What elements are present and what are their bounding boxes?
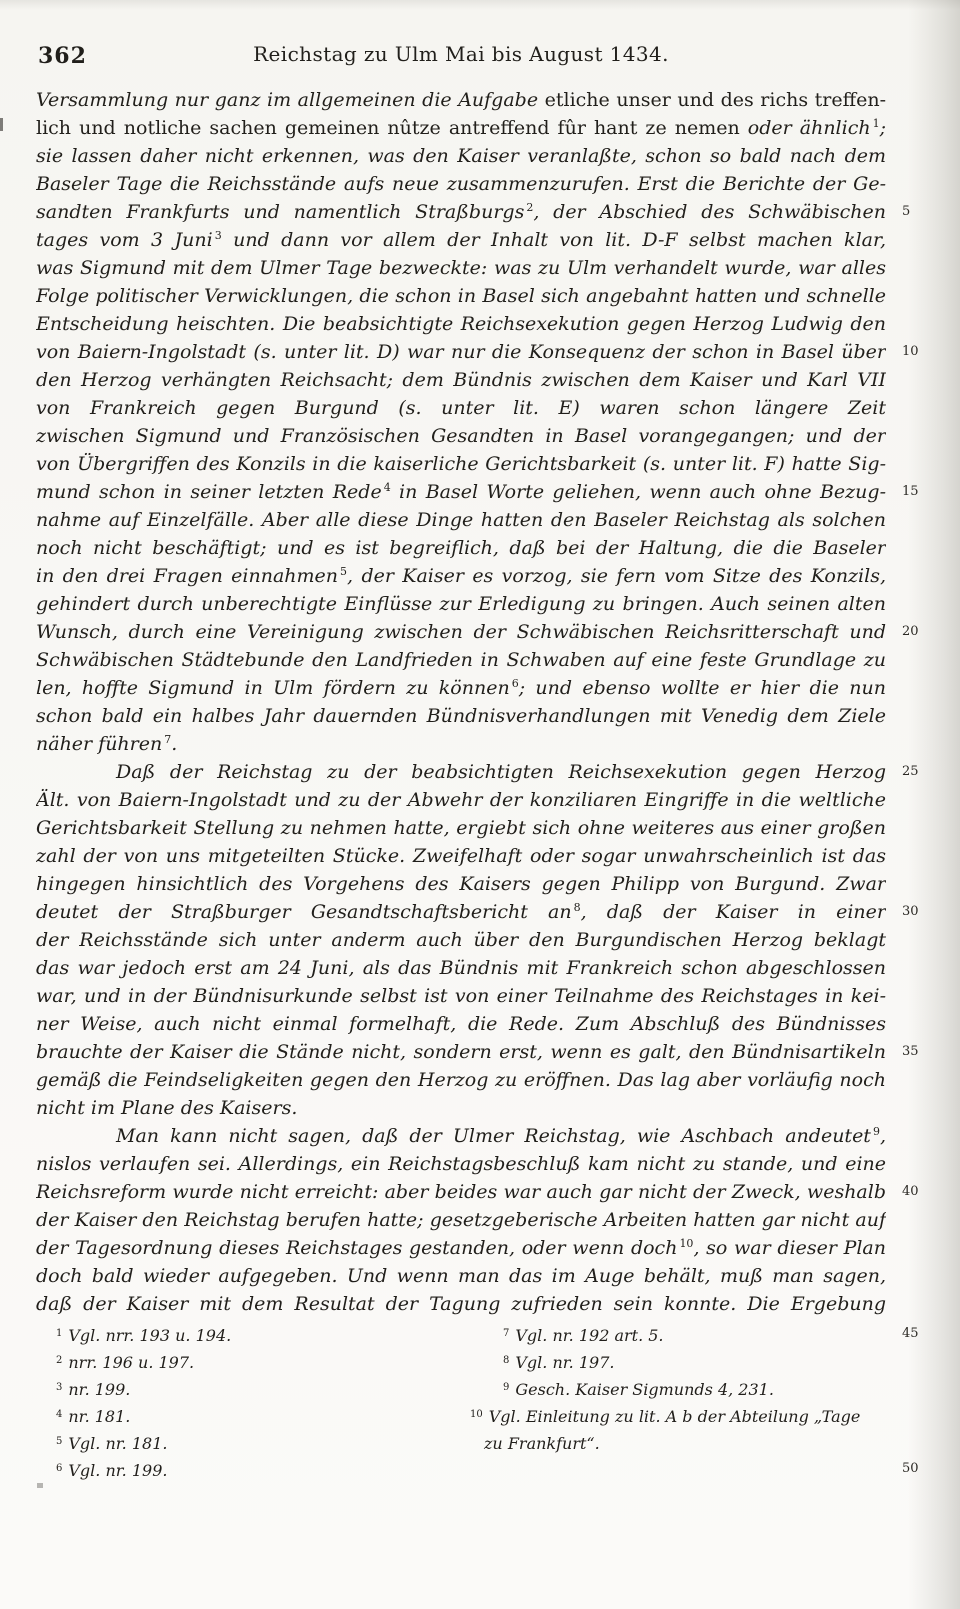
text-line: nislos verlaufen sei. Allerdings, ein Re… bbox=[36, 1150, 886, 1178]
margin-line-number: 45 bbox=[902, 1326, 919, 1341]
footnote-marker: 1 bbox=[873, 117, 880, 130]
footnote-number: 9 bbox=[503, 1382, 509, 1393]
page-header: 362 Reichstag zu Ulm Mai bis August 1434… bbox=[36, 42, 886, 72]
footnote-text: nrr. 196 u. 197. bbox=[68, 1353, 194, 1372]
margin-line-number: 40 bbox=[902, 1184, 919, 1199]
body-text-block: Versammlung nur ganz im allgemeinen die … bbox=[36, 86, 886, 1318]
footnote: 9Gesch. Kaiser Sigmunds 4, 231. bbox=[470, 1376, 902, 1403]
footnote-text: Vgl. Einleitung zu lit. A b der Abteilun… bbox=[489, 1407, 861, 1426]
text-line: Reichsreform wurde nicht erreicht: aber … bbox=[36, 1178, 886, 1206]
text-line: gemäß die Feindseligkeiten gegen den Her… bbox=[36, 1066, 886, 1094]
footnote-marker: 9 bbox=[873, 1125, 880, 1138]
margin-line-number: 35 bbox=[902, 1044, 919, 1059]
text-line: den Herzog verhängten Reichsacht; dem Bü… bbox=[36, 366, 886, 394]
text-line: der Reichsstände sich unter anderm auch … bbox=[36, 926, 886, 954]
footnote: 3nr. 199. bbox=[56, 1376, 456, 1403]
text-line: zwischen Sigmund und Französischen Gesan… bbox=[36, 422, 886, 450]
text-line: noch nicht beschäftigt; und es ist begre… bbox=[36, 534, 886, 562]
margin-line-number: 30 bbox=[902, 904, 919, 919]
text-line: von Frankreich gegen Burgund (s. unter l… bbox=[36, 394, 886, 422]
text-line: der Kaiser den Reichstag berufen hatte; … bbox=[36, 1206, 886, 1234]
text-line: deutet der Straßburger Gesandtschaftsber… bbox=[36, 898, 886, 926]
text-line: sandten Frankfurts und namentlich Straßb… bbox=[36, 198, 886, 226]
footnote-number: 3 bbox=[56, 1382, 62, 1393]
footnote-marker: 6 bbox=[512, 677, 519, 690]
running-title: Reichstag zu Ulm Mai bis August 1434. bbox=[36, 42, 886, 66]
text-line: Gerichtsbarkeit Stellung zu nehmen hatte… bbox=[36, 814, 886, 842]
text-line: mund schon in seiner letzten Rede4 in Ba… bbox=[36, 478, 886, 506]
footnote: 10Vgl. Einleitung zu lit. A b der Abteil… bbox=[470, 1403, 902, 1430]
footnote-marker: 7 bbox=[164, 733, 171, 746]
text-line: von Baiern-Ingolstadt (s. unter lit. D) … bbox=[36, 338, 886, 366]
scan-edge-right-shadow bbox=[908, 0, 960, 1609]
footnote-number: 5 bbox=[56, 1436, 62, 1447]
text-line: das war jedoch erst am 24 Juni, als das … bbox=[36, 954, 886, 982]
text-line: von Übergriffen des Konzils in die kaise… bbox=[36, 450, 886, 478]
footnote-text: Vgl. nrr. 193 u. 194. bbox=[68, 1326, 231, 1345]
footnote: 8Vgl. nr. 197. bbox=[470, 1349, 902, 1376]
text-line: in den drei Fragen einnahmen5, der Kaise… bbox=[36, 562, 886, 590]
margin-line-number: 50 bbox=[902, 1461, 919, 1476]
footnote: 7Vgl. nr. 192 art. 5. bbox=[470, 1322, 902, 1349]
book-page: 362 Reichstag zu Ulm Mai bis August 1434… bbox=[0, 0, 960, 1609]
text-line: der Tagesordnung dieses Reichstages gest… bbox=[36, 1234, 886, 1262]
scan-artifact bbox=[37, 1483, 43, 1488]
text-line: Wunsch, durch eine Vereinigung zwischen … bbox=[36, 618, 886, 646]
footnote: 5Vgl. nr. 181. bbox=[56, 1430, 456, 1457]
footnote-text: nr. 181. bbox=[68, 1407, 130, 1426]
text-line: Daß der Reichstag zu der beabsichtigten … bbox=[36, 758, 886, 786]
text-line: war, und in der Bündnisurkunde selbst is… bbox=[36, 982, 886, 1010]
text-line: Entscheidung heischten. Die beabsichtigt… bbox=[36, 310, 886, 338]
footnote: 1Vgl. nrr. 193 u. 194. bbox=[56, 1322, 456, 1349]
footnotes-left-column: 1Vgl. nrr. 193 u. 194.2nrr. 196 u. 197.3… bbox=[56, 1322, 456, 1484]
text-line: Versammlung nur ganz im allgemeinen die … bbox=[36, 86, 886, 114]
footnote-number: 10 bbox=[470, 1409, 483, 1420]
footnote-number: 2 bbox=[56, 1355, 62, 1366]
text-line: zahl der von uns mitgeteilten Stücke. Zw… bbox=[36, 842, 886, 870]
footnote-text: Vgl. nr. 197. bbox=[515, 1353, 614, 1372]
text-line: gehindert durch unberechtigte Einflüsse … bbox=[36, 590, 886, 618]
text-line: nicht im Plane des Kaisers. bbox=[36, 1094, 886, 1122]
page-number: 362 bbox=[38, 43, 87, 69]
margin-line-number: 20 bbox=[902, 624, 919, 639]
footnote-marker: 5 bbox=[340, 565, 347, 578]
footnote: 4nr. 181. bbox=[56, 1403, 456, 1430]
margin-line-number: 15 bbox=[902, 484, 919, 499]
text-line: Schwäbischen Städtebunde den Landfrieden… bbox=[36, 646, 886, 674]
text-line: sie lassen daher nicht erkennen, was den… bbox=[36, 142, 886, 170]
text-line: daß der Kaiser mit dem Resultat der Tagu… bbox=[36, 1290, 886, 1318]
text-line: nahme auf Einzelfälle. Aber alle diese D… bbox=[36, 506, 886, 534]
text-line: doch bald wieder aufgegeben. Und wenn ma… bbox=[36, 1262, 886, 1290]
text-line: hingegen hinsichtlich des Vorgehens des … bbox=[36, 870, 886, 898]
footnote-number: 1 bbox=[56, 1328, 62, 1339]
text-line: len, hoffte Sigmund in Ulm fördern zu kö… bbox=[36, 674, 886, 702]
scan-edge-top-shadow bbox=[0, 0, 960, 10]
text-line: was Sigmund mit dem Ulmer Tage bezweckte… bbox=[36, 254, 886, 282]
footnote-text: Gesch. Kaiser Sigmunds 4, 231. bbox=[515, 1380, 774, 1399]
margin-line-number: 5 bbox=[902, 204, 910, 219]
footnote-text: zu Frankfurt“. bbox=[484, 1434, 600, 1453]
text-line: tages vom 3 Juni3 und dann vor allem der… bbox=[36, 226, 886, 254]
text-line: brauchte der Kaiser die Stände nicht, so… bbox=[36, 1038, 886, 1066]
footnote-marker: 8 bbox=[574, 901, 581, 914]
text-line: schon bald ein halbes Jahr dauernden Bün… bbox=[36, 702, 886, 730]
footnote-text: Vgl. nr. 181. bbox=[68, 1434, 167, 1453]
text-line: Folge politischer Verwicklungen, die sch… bbox=[36, 282, 886, 310]
footnote-marker: 10 bbox=[679, 1237, 693, 1250]
text-line: ner Weise, auch nicht einmal formelhaft,… bbox=[36, 1010, 886, 1038]
text-line: Baseler Tage die Reichsstände aufs neue … bbox=[36, 170, 886, 198]
footnote: zu Frankfurt“. bbox=[470, 1430, 902, 1457]
footnote-text: nr. 199. bbox=[68, 1380, 130, 1399]
text-line: Ält. von Baiern-Ingolstadt und zu der Ab… bbox=[36, 786, 886, 814]
footnote-marker: 4 bbox=[384, 481, 391, 494]
footnotes-right-column: 7Vgl. nr. 192 art. 5.8Vgl. nr. 197.9Gesc… bbox=[470, 1322, 902, 1457]
text-line: näher führen7. bbox=[36, 730, 886, 758]
footnote: 2nrr. 196 u. 197. bbox=[56, 1349, 456, 1376]
text-line: Man kann nicht sagen, daß der Ulmer Reic… bbox=[36, 1122, 886, 1150]
footnote-text: Vgl. nr. 192 art. 5. bbox=[515, 1326, 663, 1345]
margin-line-number: 10 bbox=[902, 344, 919, 359]
footnote-number: 7 bbox=[503, 1328, 509, 1339]
text-line: lich und notliche sachen gemeinen nûtze … bbox=[36, 114, 886, 142]
footnote: 6Vgl. nr. 199. bbox=[56, 1457, 456, 1484]
footnote-number: 4 bbox=[56, 1409, 62, 1420]
footnote-marker: 2 bbox=[526, 201, 533, 214]
scan-artifact bbox=[0, 118, 3, 131]
margin-line-number: 25 bbox=[902, 764, 919, 779]
footnote-text: Vgl. nr. 199. bbox=[68, 1461, 167, 1480]
footnote-marker: 3 bbox=[215, 229, 222, 242]
footnote-number: 6 bbox=[56, 1463, 62, 1474]
footnote-number: 8 bbox=[503, 1355, 509, 1366]
